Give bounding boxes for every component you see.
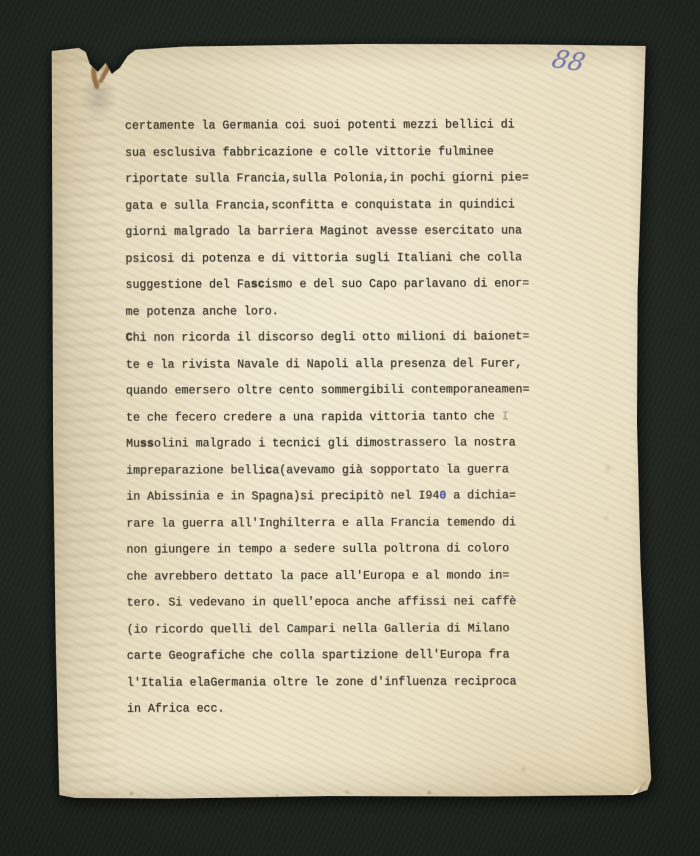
typewritten-line: rare la guerra all'Inghilterra e alla Fr… <box>126 510 546 538</box>
typewritten-segment: te che fecero credere a una rapida vitto… <box>126 410 495 424</box>
typewritten-segment: a dichia= <box>446 489 516 502</box>
typewritten-segment: gata e sulla Francia,sconfitta e conquis… <box>125 198 515 212</box>
typewritten-segment: carte Geografiche che colla spartizione … <box>127 648 510 662</box>
typewritten-line: certamente la Germania coi suoi potenti … <box>125 112 545 140</box>
typewritten-segment: che avrebbero dettato la pace all'Europa… <box>127 569 510 583</box>
typewritten-segment: rare la guerra all'Inghilterra e alla Fr… <box>126 516 516 530</box>
typewritten-line: riportate sulla Francia,sulla Polonia,in… <box>125 165 545 193</box>
typewritten-line: quando emersero oltre cento sommergibili… <box>126 377 546 405</box>
typewritten-line: te che fecero credere a una rapida vitto… <box>126 404 546 432</box>
typewritten-segment: sc <box>251 278 265 291</box>
typewritten-line: in Abissinia e in Spagna)si precipitò ne… <box>126 483 546 511</box>
typewritten-line: l'Italia elaGermania oltre le zone d'inf… <box>127 669 547 697</box>
typewritten-segment: Mu <box>126 438 140 451</box>
typewritten-line: te e la rivista Navale di Napoli alla pr… <box>126 351 546 379</box>
typewritten-line: sua esclusiva fabbricazione e colle vitt… <box>125 139 545 167</box>
typewritten-segment: sua esclusiva fabbricazione e colle vitt… <box>125 145 494 159</box>
typewritten-text-block: certamente la Germania coi suoi potenti … <box>125 112 547 723</box>
document-page: 88 certamente la Germania coi suoi poten… <box>45 43 654 801</box>
typewritten-segment: me potenza anche loro. <box>126 305 279 319</box>
typewritten-segment: (io ricordo quelli del Campari nella Gal… <box>127 622 510 636</box>
typewritten-segment: quando emersero oltre cento sommergibili… <box>126 383 530 397</box>
typewritten-segment: suggestione del Fa <box>125 278 250 291</box>
typewritten-segment: olini malgrado i tecnici gli dimostrasse… <box>154 436 516 450</box>
typewritten-line: me potenza anche loro. <box>126 298 546 326</box>
typewritten-line: suggestione del Fascismo e del suo Capo … <box>125 271 545 299</box>
typewritten-line: Mussolini malgrado i tecnici gli dimostr… <box>126 430 546 458</box>
typewritten-segment: a(avevamo già sopportato la guerra <box>272 463 509 477</box>
typewritten-line: in Africa ecc. <box>127 695 547 723</box>
typewritten-segment: in Abissinia e in Spagna)si precipitò ne… <box>126 490 439 504</box>
left-edge-water-stain <box>51 45 118 801</box>
typewritten-line: gata e sulla Francia,sconfitta e conquis… <box>125 192 545 220</box>
rust-paperclip-stain-icon <box>81 51 125 97</box>
handwritten-page-number: 88 <box>549 44 588 76</box>
typewritten-line: impreparazione bellica(avevamo già soppo… <box>126 457 546 485</box>
photo-background: 88 certamente la Germania coi suoi poten… <box>0 0 700 856</box>
typewritten-segment: certamente la Germania coi suoi potenti … <box>125 118 515 132</box>
typewritten-segment: giorni malgrado la barriera Maginot aves… <box>125 224 522 238</box>
typewritten-segment: te e la rivista Navale di Napoli alla pr… <box>126 357 523 371</box>
typewritten-segment: ismo e del suo Capo parlavano di enor= <box>265 277 529 291</box>
typewritten-segment: riportate sulla Francia,sulla Polonia,in… <box>125 171 529 185</box>
typewritten-segment: hi non ricorda il discorso degli otto mi… <box>133 330 530 344</box>
typewritten-line: giorni malgrado la barriera Maginot aves… <box>125 218 545 246</box>
typewritten-line: che avrebbero dettato la pace all'Europa… <box>126 563 546 591</box>
typewritten-segment: psicosi di potenza e di vittoria sugli I… <box>125 251 522 265</box>
typewritten-segment: impreparazione belli <box>126 464 265 477</box>
typewritten-line: carte Geografiche che colla spartizione … <box>127 642 547 670</box>
typewritten-line: tero. Si vedevano in quell'epoca anche a… <box>127 589 547 617</box>
typewritten-segment: non giungere in tempo a sedere sulla pol… <box>126 542 509 556</box>
typewritten-segment: ss <box>140 438 154 451</box>
typewritten-line: non giungere in tempo a sedere sulla pol… <box>126 536 546 564</box>
paper-wrap: 88 certamente la Germania coi suoi poten… <box>45 43 654 801</box>
typewritten-segment: C <box>126 332 133 345</box>
typewritten-segment: l'Italia elaGermania oltre le zone d'inf… <box>127 675 517 689</box>
typewritten-segment: I <box>495 410 509 423</box>
typewritten-segment: tero. Si vedevano in quell'epoca anche a… <box>127 595 517 609</box>
bottom-right-corner-fold <box>629 775 652 796</box>
typewritten-line: Chi non ricorda il discorso degli otto m… <box>126 324 546 352</box>
typewritten-line: psicosi di potenza e di vittoria sugli I… <box>125 245 545 273</box>
typewritten-segment: in Africa ecc. <box>127 702 224 715</box>
typewritten-line: (io ricordo quelli del Campari nella Gal… <box>127 616 547 644</box>
